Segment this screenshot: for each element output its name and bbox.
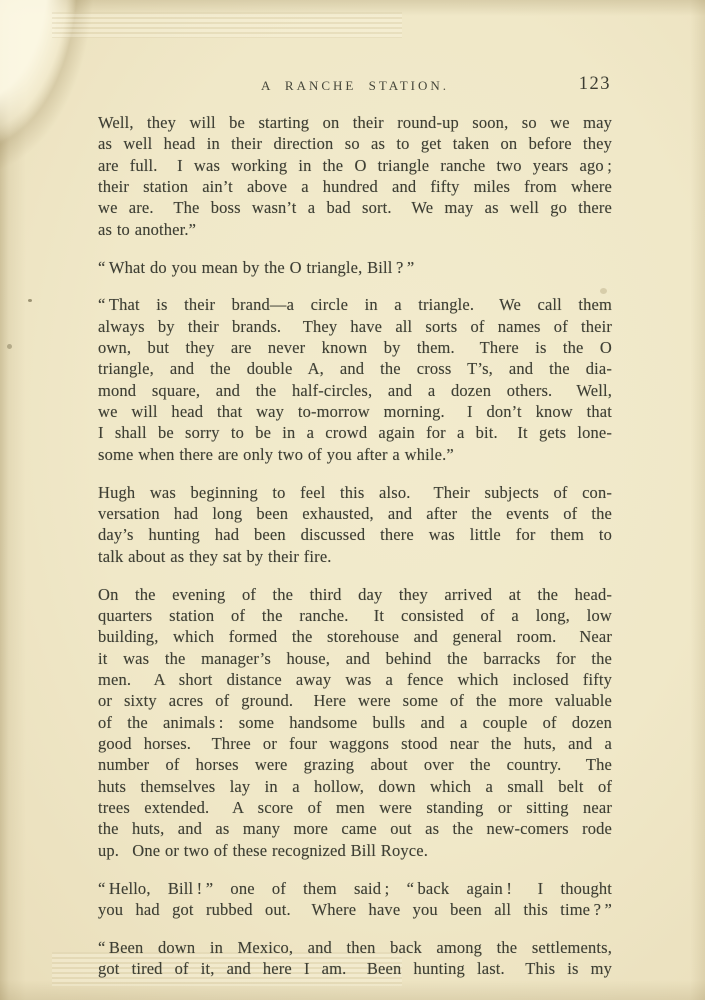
scan-streaks-top — [52, 12, 402, 38]
text-line: of the animals : some handsome bulls and… — [98, 712, 612, 733]
text-line: it was the manager’s house, and behind t… — [98, 648, 612, 669]
text-line: “ Been down in Mexico, and then back amo… — [98, 937, 612, 958]
text-line: some when there are only two of you afte… — [98, 444, 612, 465]
text-line: versation had long been exhausted, and a… — [98, 503, 612, 524]
text-line: “ Hello, Bill ! ” one of them said ; “ b… — [98, 878, 612, 899]
text-line: own, but they are never known by them. T… — [98, 337, 612, 358]
text-line: “ That is their brand—a circle in a tria… — [98, 294, 612, 315]
text-line: are full. I was working in the O triangl… — [98, 155, 612, 176]
text-line: building, which formed the storehouse an… — [98, 626, 612, 647]
text-line: On the evening of the third day they arr… — [98, 584, 612, 605]
text-line: talk about as they sat by their fire. — [98, 546, 612, 567]
text-line: quarters station of the ranche. It consi… — [98, 605, 612, 626]
paper-speck — [7, 344, 12, 349]
page-body: Well, they will be starting on their rou… — [98, 112, 612, 996]
text-line: men. A short distance away was a fence w… — [98, 669, 612, 690]
page-header: A RANCHE STATION. 123 — [98, 74, 612, 98]
text-line: trees extended. A score of men were stan… — [98, 797, 612, 818]
text-line: day’s hunting had been discussed there w… — [98, 524, 612, 545]
page-number: 123 — [579, 74, 611, 95]
text-line: as well head in their direction so as to… — [98, 133, 612, 154]
book-page: A RANCHE STATION. 123 Well, they will be… — [0, 0, 705, 1000]
text-line: “ What do you mean by the O triangle, Bi… — [98, 257, 612, 278]
text-line: the huts, and as many more came out as t… — [98, 818, 612, 839]
running-header: A RANCHE STATION. — [98, 78, 612, 94]
text-line: triangle, and the double A, and the cros… — [98, 358, 612, 379]
text-line: as to another.” — [98, 219, 612, 240]
text-line: huts themselves lay in a hollow, down wh… — [98, 776, 612, 797]
paper-speck — [28, 299, 32, 302]
text-line: number of horses were grazing about over… — [98, 754, 612, 775]
text-line: mond square, and the half-circles, and a… — [98, 380, 612, 401]
text-line: you had got rubbed out. Where have you b… — [98, 899, 612, 920]
text-line: we will head that way to-morrow morning.… — [98, 401, 612, 422]
text-line: Hugh was beginning to feel this also. Th… — [98, 482, 612, 503]
text-line: we are. The boss wasn’t a bad sort. We m… — [98, 197, 612, 218]
text-line: got tired of it, and here I am. Been hun… — [98, 958, 612, 979]
text-line: up. One or two of these recognized Bill … — [98, 840, 612, 861]
text-line: or sixty acres of ground. Here were some… — [98, 690, 612, 711]
text-line: good horses. Three or four waggons stood… — [98, 733, 612, 754]
text-line: I shall be sorry to be in a crowd again … — [98, 422, 612, 443]
text-line: Well, they will be starting on their rou… — [98, 112, 612, 133]
text-line: always by their brands. They have all so… — [98, 316, 612, 337]
text-line: their station ain’t above a hundred and … — [98, 176, 612, 197]
